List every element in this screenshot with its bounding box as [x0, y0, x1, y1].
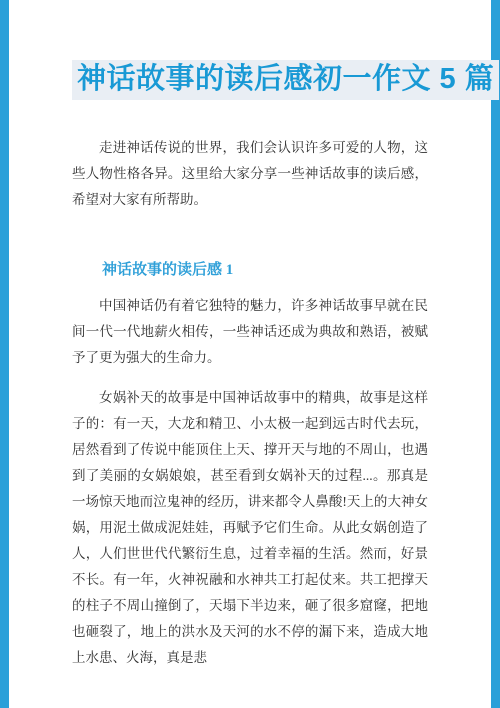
page-container: 神话故事的读后感初一作文 5 篇 走进神话传说的世界，我们会认识许多可爱的人物，… — [0, 0, 500, 708]
page-title: 神话故事的读后感初一作文 5 篇 — [72, 57, 428, 101]
title-highlight: 神话故事的读后感初一作文 5 篇 — [72, 60, 499, 100]
story-paragraph-2: 女娲补天的故事是中国神话故事中的精典，故事是这样子的：有一天，大龙和精卫、小太极… — [72, 385, 428, 671]
right-edge-bar — [491, 0, 500, 708]
intro-paragraph: 走进神话传说的世界，我们会认识许多可爱的人物，这些人物性格各异。这里给大家分享一… — [72, 135, 428, 213]
story-paragraph-1: 中国神话仍有着它独特的魅力，许多神话故事早就在民间一代一代地薪火相传，一些神话还… — [72, 293, 428, 371]
left-edge-bar — [0, 0, 9, 708]
section-heading: 神话故事的读后感 1 — [72, 257, 428, 283]
document-content: 神话故事的读后感初一作文 5 篇 走进神话传说的世界，我们会认识许多可爱的人物，… — [72, 0, 428, 671]
